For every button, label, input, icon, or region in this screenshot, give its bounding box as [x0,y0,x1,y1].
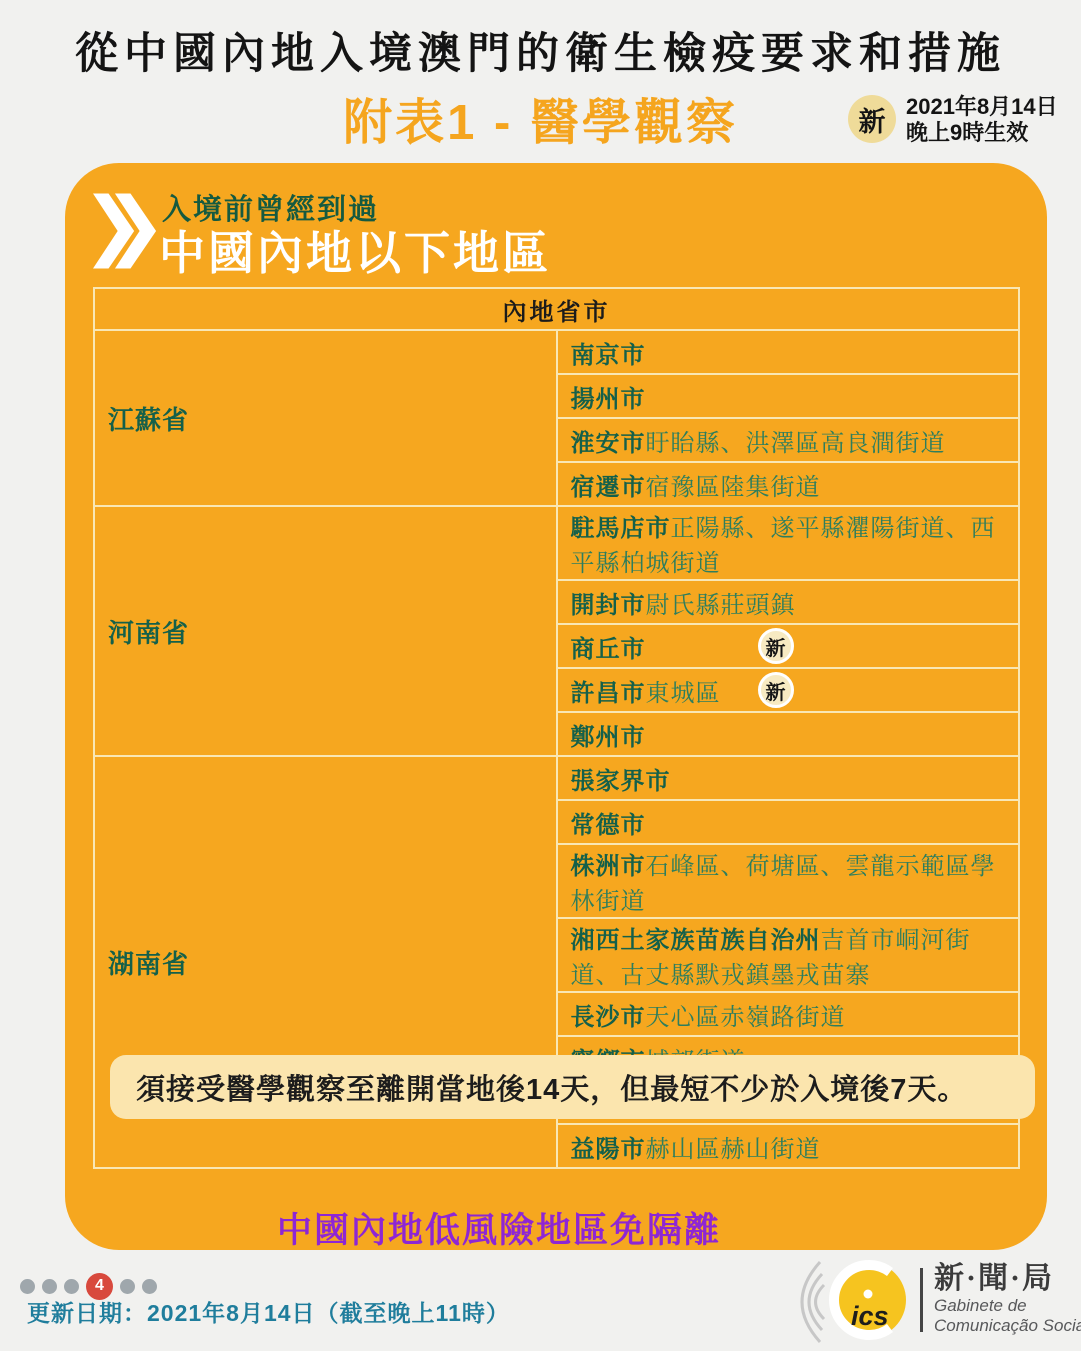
city-cell: 南京市 [557,330,1020,374]
city-name: 株洲市 [571,853,646,880]
district-detail: 赫山區赫山街道 [646,1136,821,1163]
city-name: 張家界市 [571,768,671,795]
city-cell: 揚州市 [557,374,1020,418]
city-name: 駐馬店市 [571,515,671,542]
notice-text: 須接受醫學觀察至離開當地後14天，但最短不少於入境後7天。 [136,1067,967,1108]
new-badge-top-label: 新 [859,100,886,139]
effective-date-line2: 晚上9時生效 [906,120,1058,146]
region-table: 內地省市 江蘇省南京市揚州市淮安市盱眙縣、洪澤區高良澗街道宿遷市宿豫區陸集街道河… [93,287,1020,1169]
double-chevron-icon [93,190,157,272]
city-name: 南京市 [571,342,646,369]
city-cell: 益陽市赫山區赫山街道 [557,1124,1020,1168]
city-name: 湘西土家族苗族自治州 [571,927,821,954]
logo-latin-line2: Comunicação Social [934,1316,1081,1336]
city-name: 長沙市 [571,1004,646,1031]
page-dot[interactable] [42,1279,57,1294]
page-title: 從中國內地入境澳門的衛生檢疫要求和措施 [0,20,1081,81]
city-name: 宿遷市 [571,474,646,501]
city-name: 許昌市 [571,680,646,707]
district-detail: 盱眙縣、洪澤區高良澗街道 [646,430,946,457]
exemption-note: 中國內地低風險地區免隔離 [277,1203,721,1253]
page-dot[interactable] [142,1279,157,1294]
svg-text:ics: ics [851,1301,889,1331]
gcs-emblem-icon: ics [824,1258,908,1342]
infographic-page: 從中國內地入境澳門的衛生檢疫要求和措施 附表1 - 醫學觀察 新 2021年8月… [0,0,1081,1351]
city-name: 鄭州市 [571,724,646,751]
table-row: 湖南省張家界市 [94,756,1019,800]
province-cell: 江蘇省 [94,330,557,506]
page-dot[interactable] [120,1279,135,1294]
city-name: 商丘市 [571,636,646,663]
logo-text: 新·聞·局 Gabinete de Comunicação Social [934,1262,1081,1336]
city-cell: 鄭州市 [557,712,1020,756]
table-header-row: 內地省市 [94,288,1019,330]
city-cell: 宿遷市宿豫區陸集街道 [557,462,1020,506]
gcs-logo: ics 新·聞·局 Gabinete de Comunicação Social [780,1256,1080,1348]
logo-divider [920,1268,923,1332]
effective-date: 2021年8月14日 晚上9時生效 [906,94,1058,146]
city-cell: 許昌市東城區新 [557,668,1020,712]
table-row: 河南省駐馬店市正陽縣、遂平縣灈陽街道、西平縣柏城街道 [94,506,1019,580]
city-name: 益陽市 [571,1136,646,1163]
district-detail: 天心區赤嶺路街道 [646,1004,846,1031]
city-cell: 常德市 [557,800,1020,844]
new-badge: 新 [758,672,794,708]
city-cell: 淮安市盱眙縣、洪澤區高良澗街道 [557,418,1020,462]
new-badge: 新 [758,628,794,664]
page-dot[interactable] [64,1279,79,1294]
effective-date-line1: 2021年8月14日 [906,94,1058,120]
table-header-cell: 內地省市 [94,288,1019,330]
logo-latin-line1: Gabinete de [934,1296,1081,1316]
city-cell: 開封市尉氏縣莊頭鎮 [557,580,1020,624]
city-name: 淮安市 [571,430,646,457]
city-name: 常德市 [571,812,646,839]
city-cell: 長沙市天心區赤嶺路街道 [557,992,1020,1036]
page-dot[interactable] [20,1279,35,1294]
district-detail: 宿豫區陸集街道 [646,474,821,501]
main-card: 入境前曾經到過 中國內地以下地區 內地省市 江蘇省南京市揚州市淮安市盱眙縣、洪澤… [65,163,1047,1250]
notice-banner: 須接受醫學觀察至離開當地後14天，但最短不少於入境後7天。 [110,1055,1035,1119]
city-cell: 張家界市 [557,756,1020,800]
logo-cjk-name: 新·聞·局 [934,1262,1081,1296]
city-cell: 湘西土家族苗族自治州吉首市峒河街道、古丈縣默戎鎮墨戎苗寨 [557,918,1020,992]
city-cell: 商丘市新 [557,624,1020,668]
new-badge-top: 新 [848,95,896,143]
update-date: 更新日期：2021年8月14日（截至晚上11時） [27,1295,510,1328]
city-name: 開封市 [571,592,646,619]
city-cell: 株洲市石峰區、荷塘區、雲龍示範區學林街道 [557,844,1020,918]
province-cell: 河南省 [94,506,557,756]
intro-large-text: 中國內地以下地區 [159,217,551,283]
city-cell: 駐馬店市正陽縣、遂平縣灈陽街道、西平縣柏城街道 [557,506,1020,580]
city-name: 揚州市 [571,386,646,413]
district-detail: 尉氏縣莊頭鎮 [646,592,796,619]
table-row: 江蘇省南京市 [94,330,1019,374]
district-detail: 東城區 [646,680,721,707]
